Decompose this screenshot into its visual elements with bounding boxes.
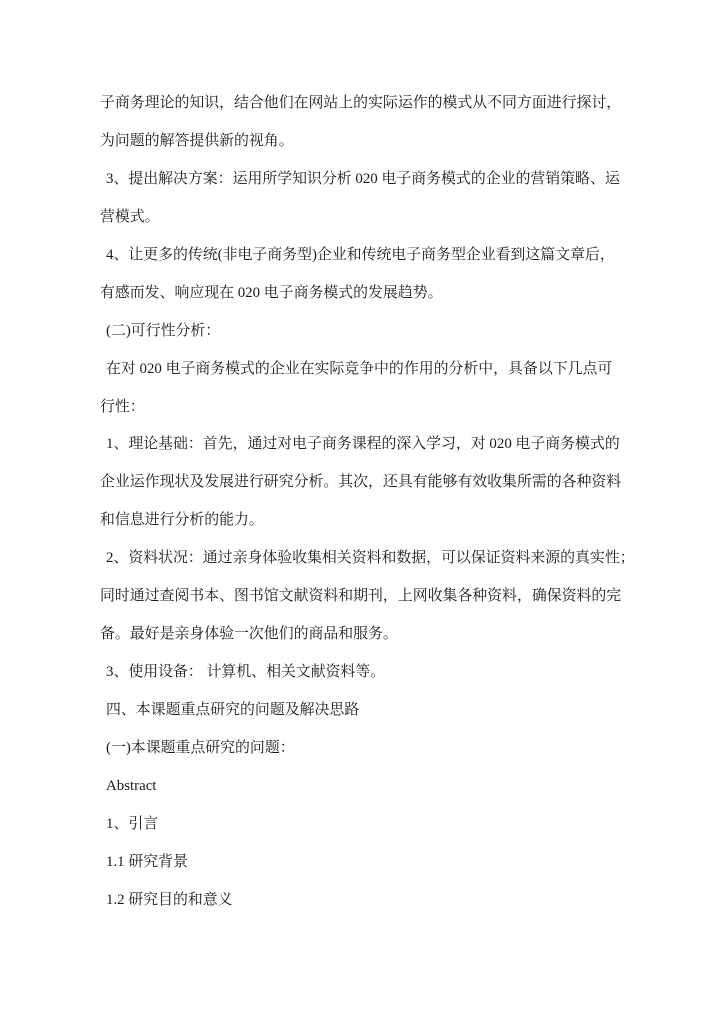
- document-text-block: 子商务理论的知识，结合他们在网站上的实际运作的模式从不同方面进行探讨，为问题的解…: [100, 85, 645, 920]
- text-line: 营模式。: [100, 199, 645, 237]
- text-line: (一)本课题重点研究的问题：: [100, 730, 645, 768]
- text-line: 3、提出解决方案：运用所学知识分析 020 电子商务模式的企业的营销策略、运: [100, 161, 645, 199]
- text-line: 四、本课题重点研究的问题及解决思路: [100, 692, 645, 730]
- text-line: 1.2 研究目的和意义: [100, 882, 645, 920]
- text-line: 为问题的解答提供新的视角。: [100, 123, 645, 161]
- text-line: 同时通过查阅书本、图书馆文献资料和期刊，上网收集各种资料，确保资料的完: [100, 578, 645, 616]
- text-line: 和信息进行分析的能力。: [100, 502, 645, 540]
- text-line: 备。最好是亲身体验一次他们的商品和服务。: [100, 616, 645, 654]
- text-line: 行性：: [100, 389, 645, 427]
- text-line: (二)可行性分析：: [100, 313, 645, 351]
- text-line: 1.1 研究背景: [100, 844, 645, 882]
- text-line: 子商务理论的知识，结合他们在网站上的实际运作的模式从不同方面进行探讨，: [100, 85, 645, 123]
- text-line: 2、资料状况：通过亲身体验收集相关资料和数据，可以保证资料来源的真实性；: [100, 540, 645, 578]
- text-line: 1、理论基础：首先，通过对电子商务课程的深入学习，对 020 电子商务模式的: [100, 426, 645, 464]
- text-line: 1、引言: [100, 806, 645, 844]
- text-line: 企业运作现状及发展进行研究分析。其次，还具有能够有效收集所需的各种资料: [100, 464, 645, 502]
- text-line: 3、使用设备： 计算机、相关文献资料等。: [100, 654, 645, 692]
- text-line: 有感而发、响应现在 020 电子商务模式的发展趋势。: [100, 275, 645, 313]
- text-line: 4、让更多的传统(非电子商务型)企业和传统电子商务型企业看到这篇文章后，: [100, 237, 645, 275]
- text-line: 在对 020 电子商务模式的企业在实际竞争中的作用的分析中，具备以下几点可: [100, 351, 645, 389]
- document-page: 子商务理论的知识，结合他们在网站上的实际运作的模式从不同方面进行探讨，为问题的解…: [0, 0, 721, 1020]
- text-line: Abstract: [100, 768, 645, 806]
